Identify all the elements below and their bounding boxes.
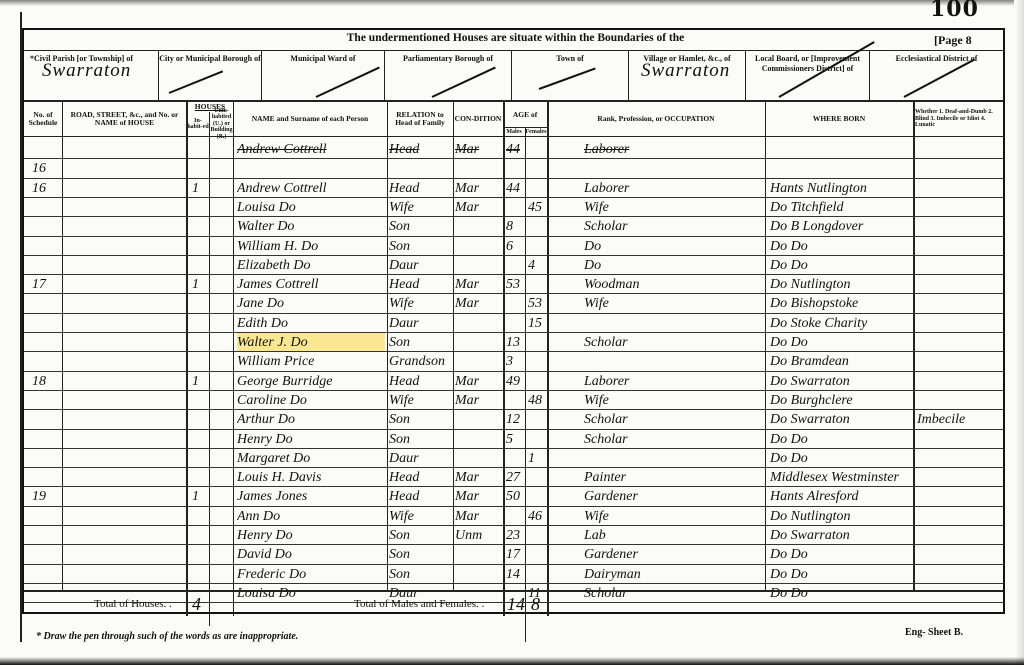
- cell-infirmity: [917, 159, 1001, 178]
- col-header-females: Females: [525, 128, 547, 136]
- cell-occupation: Wife: [584, 391, 762, 410]
- cell-born: Do Do: [770, 333, 912, 352]
- col-header-males: Males: [503, 128, 525, 136]
- cell-occupation: [584, 352, 762, 371]
- cell-condition: Mar: [455, 294, 501, 313]
- scan-right-edge: [1014, 0, 1024, 665]
- cell-male-age: 12: [506, 410, 524, 429]
- cell-occupation: [584, 159, 762, 178]
- cell-schedule: [32, 507, 60, 526]
- cell-female-age: 1: [528, 449, 546, 468]
- column-rule: [913, 102, 915, 592]
- cell-infirmity: [917, 584, 1001, 603]
- cell-infirmity: [917, 294, 1001, 313]
- cell-name: William H. Do: [237, 237, 385, 256]
- cell-name: Margaret Do: [237, 449, 385, 468]
- cell-condition: Mar: [455, 487, 501, 506]
- divider: [24, 136, 1003, 137]
- cell-female-age: [528, 430, 546, 449]
- cell-name: Andrew Cottrell: [237, 140, 385, 159]
- cell-inhabited: [192, 237, 208, 256]
- cell-infirmity: [917, 449, 1001, 468]
- cell-infirmity: [917, 391, 1001, 410]
- cell-occupation: Do: [584, 237, 762, 256]
- cell-condition: [455, 410, 501, 429]
- total-females-value: 8: [531, 592, 540, 616]
- cell-condition: Mar: [455, 391, 501, 410]
- cell-inhabited: [192, 507, 208, 526]
- cell-occupation: Dairyman: [584, 565, 762, 584]
- cell-infirmity: [917, 333, 1001, 352]
- cell-born: Do Do: [770, 256, 912, 275]
- cell-born: [770, 159, 912, 178]
- village-cell: Village or Hamlet, &c., of Swarraton: [629, 50, 746, 100]
- cell-male-age: [506, 256, 524, 275]
- cell-condition: [455, 314, 501, 333]
- cell-male-age: 53: [506, 275, 524, 294]
- cell-name: Walter Do: [237, 217, 385, 236]
- cell-female-age: [528, 275, 546, 294]
- column-rule: [547, 102, 549, 616]
- cell-schedule: [32, 217, 60, 236]
- cell-relation: Head: [389, 140, 451, 159]
- column-rule: [453, 102, 454, 592]
- cell-name: Frederic Do: [237, 565, 385, 584]
- cell-female-age: [528, 217, 546, 236]
- cell-occupation: [584, 449, 762, 468]
- cell-inhabited: [192, 140, 208, 159]
- cell-born: Hants Nutlington: [770, 179, 912, 198]
- cell-infirmity: [917, 430, 1001, 449]
- cell-male-age: 27: [506, 468, 524, 487]
- cell-schedule: 19: [32, 487, 60, 506]
- cell-infirmity: [917, 372, 1001, 391]
- cell-relation: [389, 159, 451, 178]
- cell-inhabited: 1: [192, 179, 208, 198]
- cell-born: Do Do: [770, 565, 912, 584]
- cell-born: Do Do: [770, 584, 912, 603]
- cell-male-age: [506, 507, 524, 526]
- cell-relation: Head: [389, 372, 451, 391]
- cell-born: Do Do: [770, 545, 912, 564]
- cell-male-age: 13: [506, 333, 524, 352]
- cell-inhabited: [192, 294, 208, 313]
- cell-schedule: 18: [32, 372, 60, 391]
- cell-female-age: [528, 410, 546, 429]
- cell-inhabited: 1: [192, 372, 208, 391]
- cell-relation: Wife: [389, 391, 451, 410]
- cell-inhabited: [192, 159, 208, 178]
- cell-female-age: [528, 140, 546, 159]
- cell-schedule: 17: [32, 275, 60, 294]
- cell-condition: [455, 256, 501, 275]
- cell-born: Do Nutlington: [770, 275, 912, 294]
- cell-relation: Head: [389, 468, 451, 487]
- cell-occupation: Scholar: [584, 430, 762, 449]
- cell-name: Arthur Do: [237, 410, 385, 429]
- cell-condition: [455, 565, 501, 584]
- cell-female-age: 4: [528, 256, 546, 275]
- cell-born: Do Titchfield: [770, 198, 912, 217]
- col-header-road: ROAD, STREET, &c., and No. or NAME of HO…: [62, 102, 187, 136]
- cell-condition: Mar: [455, 140, 501, 159]
- cell-relation: Son: [389, 526, 451, 545]
- village-value: Swarraton: [629, 66, 745, 76]
- col-header-schedule: No. of Schedule: [24, 102, 62, 136]
- cell-schedule: [32, 391, 60, 410]
- scan-top-edge: [0, 0, 1024, 6]
- cell-schedule: [32, 352, 60, 371]
- cell-name: Henry Do: [237, 526, 385, 545]
- col-header-where-born: WHERE BORN: [765, 102, 913, 136]
- cell-inhabited: [192, 526, 208, 545]
- cell-relation: Daur: [389, 256, 451, 275]
- cell-infirmity: [917, 198, 1001, 217]
- col-header-relation: RELATION to Head of Family: [387, 102, 453, 136]
- cell-relation: Son: [389, 410, 451, 429]
- cell-inhabited: [192, 314, 208, 333]
- civil-parish-value: Swarraton: [30, 66, 158, 76]
- cell-schedule: [32, 294, 60, 313]
- col-header-name: NAME and Surname of each Person: [233, 102, 387, 136]
- col-header-infirmity: Whether 1. Deaf-and-Dumb 2. Blind 3. Imb…: [915, 102, 1001, 136]
- cell-schedule: [32, 545, 60, 564]
- cell-infirmity: Imbecile: [917, 410, 1001, 429]
- cell-name: Ann Do: [237, 507, 385, 526]
- cell-relation: Head: [389, 487, 451, 506]
- cell-schedule: [32, 565, 60, 584]
- column-rule: [186, 102, 188, 616]
- cell-infirmity: [917, 526, 1001, 545]
- cell-name: Edith Do: [237, 314, 385, 333]
- cell-schedule: [32, 333, 60, 352]
- cell-male-age: [506, 314, 524, 333]
- cell-relation: Son: [389, 237, 451, 256]
- cell-born: Do B Longdover: [770, 217, 912, 236]
- total-males-value: 14: [507, 592, 525, 616]
- cell-occupation: Painter: [584, 468, 762, 487]
- cell-inhabited: [192, 565, 208, 584]
- cell-relation: Wife: [389, 294, 451, 313]
- cell-condition: Mar: [455, 179, 501, 198]
- cell-male-age: 23: [506, 526, 524, 545]
- cell-infirmity: [917, 237, 1001, 256]
- col-header-occupation: Rank, Profession, or OCCUPATION: [547, 102, 765, 136]
- civil-parish-cell: *Civil Parish [or Township] of Swarraton: [24, 50, 159, 100]
- cell-female-age: [528, 159, 546, 178]
- cell-inhabited: [192, 430, 208, 449]
- cell-infirmity: [917, 468, 1001, 487]
- cell-infirmity: [917, 140, 1001, 159]
- cell-occupation: Laborer: [584, 179, 762, 198]
- total-houses-label: Total of Houses. .: [94, 592, 172, 616]
- local-board-cell: Local Board, or [Improvement Commissione…: [746, 50, 870, 100]
- cell-condition: [455, 237, 501, 256]
- column-rule: [233, 102, 234, 616]
- cell-inhabited: [192, 391, 208, 410]
- cell-inhabited: [192, 468, 208, 487]
- cell-name: [237, 159, 385, 178]
- cell-occupation: Woodman: [584, 275, 762, 294]
- cell-male-age: [506, 198, 524, 217]
- cell-relation: Son: [389, 565, 451, 584]
- cell-infirmity: [917, 256, 1001, 275]
- col-header-condition: CON-DITION: [453, 102, 503, 136]
- footnote: * Draw the pen through such of the words…: [36, 631, 298, 642]
- ecclesiastical-district-label: Ecclesiastical District of: [896, 54, 978, 63]
- cell-schedule: [32, 526, 60, 545]
- town-cell: Town of: [512, 50, 629, 100]
- town-label: Town of: [556, 54, 584, 63]
- cell-infirmity: [917, 179, 1001, 198]
- cell-female-age: 53: [528, 294, 546, 313]
- cell-female-age: [528, 468, 546, 487]
- cell-female-age: [528, 545, 546, 564]
- cell-male-age: [506, 159, 524, 178]
- column-rule: [387, 102, 388, 592]
- cell-born: Do Swarraton: [770, 410, 912, 429]
- municipal-borough-label: City or Municipal Borough of: [159, 54, 261, 63]
- municipal-ward-label: Municipal Ward of: [290, 54, 355, 63]
- folio-number: 100: [930, 0, 979, 22]
- cell-born: Hants Alresford: [770, 487, 912, 506]
- cell-inhabited: [192, 198, 208, 217]
- cell-male-age: 49: [506, 372, 524, 391]
- cell-born: Do Do: [770, 449, 912, 468]
- cell-born: Do Burghclere: [770, 391, 912, 410]
- column-rule: [503, 102, 505, 616]
- cell-infirmity: [917, 275, 1001, 294]
- cell-name: Henry Do: [237, 430, 385, 449]
- cell-condition: [455, 449, 501, 468]
- cell-condition: [455, 333, 501, 352]
- divider: [503, 127, 547, 128]
- cell-relation: Son: [389, 545, 451, 564]
- cell-name: George Burridge: [237, 372, 385, 391]
- cell-male-age: 17: [506, 545, 524, 564]
- cell-schedule: [32, 584, 60, 603]
- cell-occupation: Gardener: [584, 545, 762, 564]
- cell-occupation: Scholar: [584, 410, 762, 429]
- cell-name: David Do: [237, 545, 385, 564]
- page-label: [Page 8: [934, 33, 972, 48]
- cell-condition: [455, 430, 501, 449]
- cell-name: Elizabeth Do: [237, 256, 385, 275]
- cell-schedule: [32, 468, 60, 487]
- parliamentary-borough-label: Parliamentary Borough of: [403, 54, 493, 63]
- cell-condition: Mar: [455, 275, 501, 294]
- ecclesiastical-district-cell: Ecclesiastical District of: [870, 50, 1003, 100]
- cell-occupation: Scholar: [584, 217, 762, 236]
- cell-occupation: Wife: [584, 294, 762, 313]
- cell-inhabited: [192, 352, 208, 371]
- cell-male-age: 14: [506, 565, 524, 584]
- cell-occupation: Lab: [584, 526, 762, 545]
- cell-born: Do Swarraton: [770, 372, 912, 391]
- cell-name: Andrew Cottrell: [237, 179, 385, 198]
- cell-schedule: [32, 430, 60, 449]
- cell-born: Do Nutlington: [770, 507, 912, 526]
- cell-occupation: Laborer: [584, 140, 762, 159]
- cell-schedule: [32, 237, 60, 256]
- cell-schedule: [32, 314, 60, 333]
- cell-condition: Mar: [455, 507, 501, 526]
- cell-relation: Head: [389, 179, 451, 198]
- cell-relation: Son: [389, 333, 451, 352]
- cell-condition: Mar: [455, 198, 501, 217]
- cell-born: Do Do: [770, 237, 912, 256]
- cell-female-age: [528, 352, 546, 371]
- cell-female-age: [528, 487, 546, 506]
- cell-male-age: 8: [506, 217, 524, 236]
- cell-name: Jane Do: [237, 294, 385, 313]
- cell-inhabited: [192, 256, 208, 275]
- cell-name: James Cottrell: [237, 275, 385, 294]
- cell-infirmity: [917, 545, 1001, 564]
- column-rule: [209, 112, 210, 626]
- column-rule: [765, 102, 766, 592]
- cell-schedule: [32, 449, 60, 468]
- cell-inhabited: 1: [192, 487, 208, 506]
- cell-male-age: 44: [506, 140, 524, 159]
- cell-occupation: Wife: [584, 198, 762, 217]
- cell-male-age: [506, 294, 524, 313]
- cell-schedule: 16: [32, 179, 60, 198]
- cell-schedule: [32, 256, 60, 275]
- cell-male-age: 44: [506, 179, 524, 198]
- cell-name: Louis H. Davis: [237, 468, 385, 487]
- cell-infirmity: [917, 352, 1001, 371]
- cell-infirmity: [917, 217, 1001, 236]
- cell-female-age: [528, 179, 546, 198]
- cell-name: William Price: [237, 352, 385, 371]
- cell-male-age: 6: [506, 237, 524, 256]
- scan-bottom-edge: [0, 657, 1024, 665]
- cell-male-age: [506, 391, 524, 410]
- cell-occupation: Scholar: [584, 584, 762, 603]
- cell-born: Do Do: [770, 430, 912, 449]
- cell-infirmity: [917, 507, 1001, 526]
- column-rule: [62, 102, 63, 592]
- cell-female-age: 46: [528, 507, 546, 526]
- cell-born: Do Swarraton: [770, 526, 912, 545]
- cell-inhabited: [192, 217, 208, 236]
- cell-condition: Unm: [455, 526, 501, 545]
- cell-inhabited: [192, 333, 208, 352]
- cell-relation: Daur: [389, 449, 451, 468]
- cell-name: Walter J. Do: [237, 333, 385, 352]
- cell-occupation: Gardener: [584, 487, 762, 506]
- cell-born: [770, 140, 912, 159]
- cell-condition: [455, 159, 501, 178]
- cell-male-age: [506, 449, 524, 468]
- total-persons-label: Total of Males and Females. .: [354, 592, 484, 616]
- cell-infirmity: [917, 314, 1001, 333]
- cell-female-age: [528, 526, 546, 545]
- cell-infirmity: [917, 487, 1001, 506]
- cell-schedule: 16: [32, 159, 60, 178]
- cell-relation: Son: [389, 217, 451, 236]
- cell-inhabited: [192, 410, 208, 429]
- cell-occupation: Scholar: [584, 333, 762, 352]
- cell-schedule: [32, 140, 60, 159]
- cell-born: Middlesex Westminster: [770, 468, 912, 487]
- cell-condition: Mar: [455, 372, 501, 391]
- cell-female-age: [528, 237, 546, 256]
- cell-occupation: [584, 314, 762, 333]
- col-header-inhabited: In-habit-ed: [187, 112, 209, 136]
- column-rule: [525, 128, 526, 642]
- cell-occupation: Do: [584, 256, 762, 275]
- cell-female-age: [528, 372, 546, 391]
- cell-occupation: Laborer: [584, 372, 762, 391]
- cell-male-age: 3: [506, 352, 524, 371]
- cell-inhabited: [192, 449, 208, 468]
- cell-female-age: 15: [528, 314, 546, 333]
- cell-relation: Wife: [389, 507, 451, 526]
- cell-schedule: [32, 410, 60, 429]
- cell-relation: Son: [389, 430, 451, 449]
- parliamentary-borough-cell: Parliamentary Borough of: [385, 50, 512, 100]
- cell-female-age: [528, 333, 546, 352]
- col-header-uninhabited: Unin-habited (U.) or Building (B.): [210, 112, 233, 136]
- cell-condition: [455, 217, 501, 236]
- cell-relation: Daur: [389, 314, 451, 333]
- cell-name: James Jones: [237, 487, 385, 506]
- sheet-label: Eng- Sheet B.: [905, 627, 963, 638]
- cell-relation: Grandson: [389, 352, 451, 371]
- cell-male-age: 50: [506, 487, 524, 506]
- cell-condition: [455, 352, 501, 371]
- cell-inhabited: [192, 545, 208, 564]
- cell-condition: Mar: [455, 468, 501, 487]
- census-sheet: The undermentioned Houses are situate wi…: [22, 28, 1005, 614]
- cell-female-age: 45: [528, 198, 546, 217]
- cell-infirmity: [917, 565, 1001, 584]
- col-header-age: AGE of: [503, 102, 547, 128]
- cell-male-age: 5: [506, 430, 524, 449]
- cell-name: Caroline Do: [237, 391, 385, 410]
- cell-condition: [455, 545, 501, 564]
- cell-schedule: [32, 198, 60, 217]
- cell-occupation: Wife: [584, 507, 762, 526]
- total-houses-value: 4: [192, 592, 201, 616]
- cell-born: Do Bramdean: [770, 352, 912, 371]
- cell-female-age: [528, 565, 546, 584]
- cell-relation: Wife: [389, 198, 451, 217]
- cell-inhabited: 1: [192, 275, 208, 294]
- cell-name: Louisa Do: [237, 198, 385, 217]
- cell-female-age: 48: [528, 391, 546, 410]
- cell-relation: Head: [389, 275, 451, 294]
- sheet-title: The undermentioned Houses are situate wi…: [24, 32, 1007, 44]
- cell-born: Do Stoke Charity: [770, 314, 912, 333]
- cell-born: Do Bishopstoke: [770, 294, 912, 313]
